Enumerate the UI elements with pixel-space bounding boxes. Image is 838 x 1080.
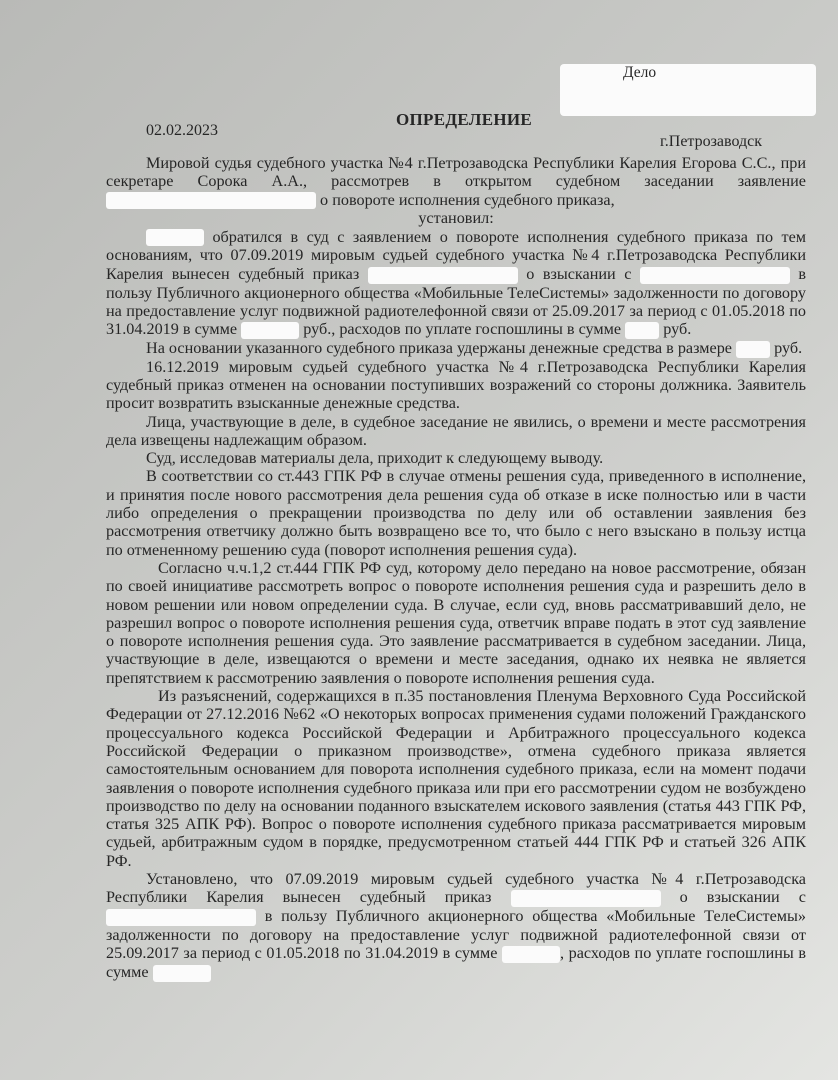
document-title: ОПРЕДЕЛЕНИЕ	[396, 110, 532, 130]
redacted-debtor-2	[106, 909, 256, 926]
paragraph-parties: Лица, участвующие в деле, в судебное зас…	[106, 413, 806, 450]
paragraph-art443: В соответствии со ст.443 ГПК РФ в случае…	[106, 467, 806, 558]
paragraph-art444: Согласно ч.ч.1,2 ст.444 ГПК РФ суд, кото…	[106, 559, 806, 687]
document-body: Мировой судья судебного участка №4 г.Пет…	[106, 154, 806, 982]
section-heading: установил:	[106, 209, 806, 227]
redacted-fee-2	[153, 965, 211, 982]
paragraph-established: Установлено, что 07.09.2019 мировым судь…	[106, 870, 806, 982]
document-city: г.Петрозаводск	[660, 133, 762, 151]
redacted-debtor	[640, 267, 790, 284]
case-label: Дело	[623, 64, 656, 82]
document-page: Дело ОПРЕДЕЛЕНИЕ 02.02.2023 г.Петрозавод…	[0, 0, 838, 1080]
redacted-amount	[241, 322, 299, 339]
redacted-fee	[625, 322, 659, 339]
redacted-order-number	[368, 267, 518, 284]
redacted-applicant	[106, 192, 316, 209]
redacted-amount-2	[502, 946, 560, 963]
redacted-case-number	[560, 64, 816, 116]
paragraph-cancel: 16.12.2019 мировым судьей судебного учас…	[106, 358, 806, 413]
paragraph-withheld: На основании указанного судебного приказ…	[106, 339, 806, 358]
document-date: 02.02.2023	[146, 122, 218, 140]
paragraph-conclusion: Суд, исследовав материалы дела, приходит…	[106, 449, 806, 467]
redacted-name	[146, 229, 204, 246]
paragraph-plenum: Из разъяснений, содержащихся в п.35 пост…	[106, 687, 806, 870]
paragraph-claim: обратился в суд с заявлением о повороте …	[106, 228, 806, 339]
redacted-order-number-2	[511, 890, 661, 907]
paragraph-intro: Мировой судья судебного участка №4 г.Пет…	[106, 154, 806, 209]
redacted-withheld-amount	[736, 341, 770, 358]
